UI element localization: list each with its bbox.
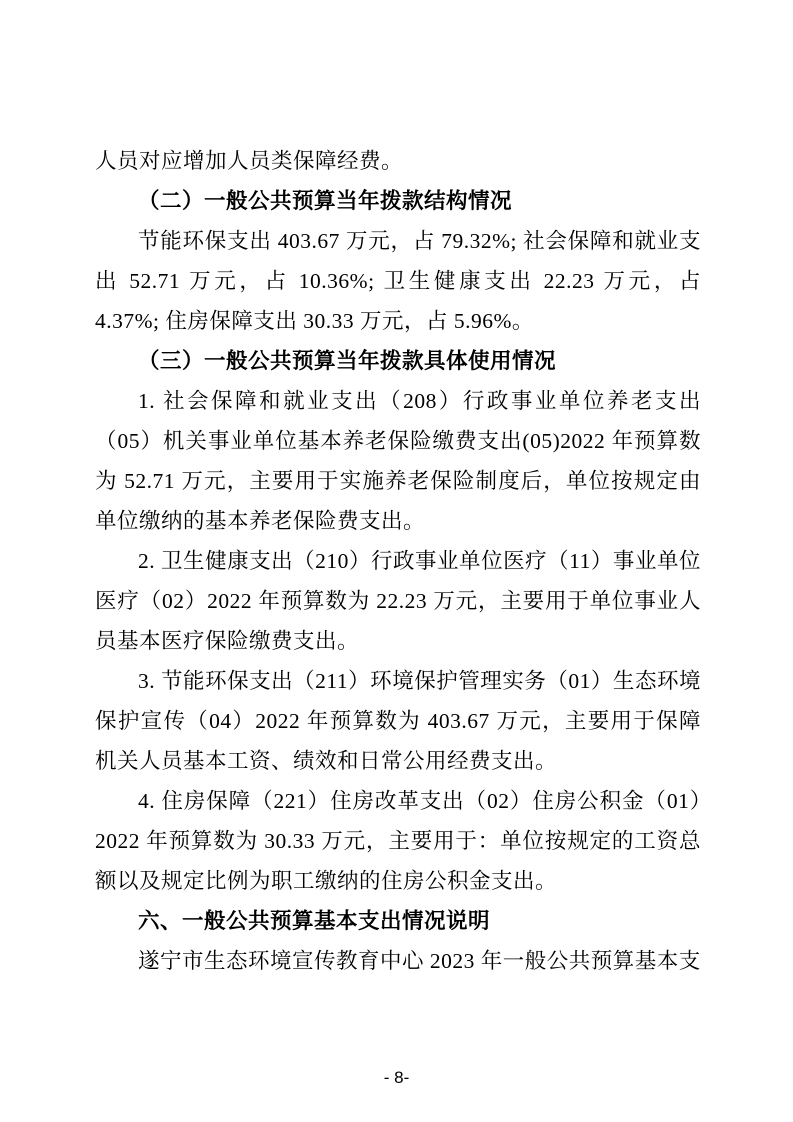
paragraph-item-4-housing: 4. 住房保障（221）住房改革支出（02）住房公积金（01）2022 年预算数… bbox=[95, 781, 701, 901]
paragraph-structure-overview: 节能环保支出 403.67 万元，占 79.32%; 社会保障和就业支出 52.… bbox=[95, 221, 701, 341]
section-heading-3: （三）一般公共预算当年拨款具体使用情况 bbox=[95, 341, 701, 381]
paragraph-continuation: 人员对应增加人员类保障经费。 bbox=[95, 141, 701, 181]
document-page: 人员对应增加人员类保障经费。 （二）一般公共预算当年拨款结构情况 节能环保支出 … bbox=[0, 0, 793, 1122]
paragraph-item-1-social-security: 1. 社会保障和就业支出（208）行政事业单位养老支出（05）机关事业单位基本养… bbox=[95, 381, 701, 541]
section-heading-2: （二）一般公共预算当年拨款结构情况 bbox=[95, 181, 701, 221]
section-heading-6: 六、一般公共预算基本支出情况说明 bbox=[95, 901, 701, 941]
page-number: - 8- bbox=[0, 1066, 793, 1090]
paragraph-basic-expenditure-intro: 遂宁市生态环境宣传教育中心 2023 年一般公共预算基本支 bbox=[95, 941, 701, 981]
paragraph-item-2-health: 2. 卫生健康支出（210）行政事业单位医疗（11）事业单位医疗（02）2022… bbox=[95, 541, 701, 661]
paragraph-item-3-environment: 3. 节能环保支出（211）环境保护管理实务（01）生态环境保护宣传（04）20… bbox=[95, 661, 701, 781]
document-content: 人员对应增加人员类保障经费。 （二）一般公共预算当年拨款结构情况 节能环保支出 … bbox=[95, 141, 701, 981]
